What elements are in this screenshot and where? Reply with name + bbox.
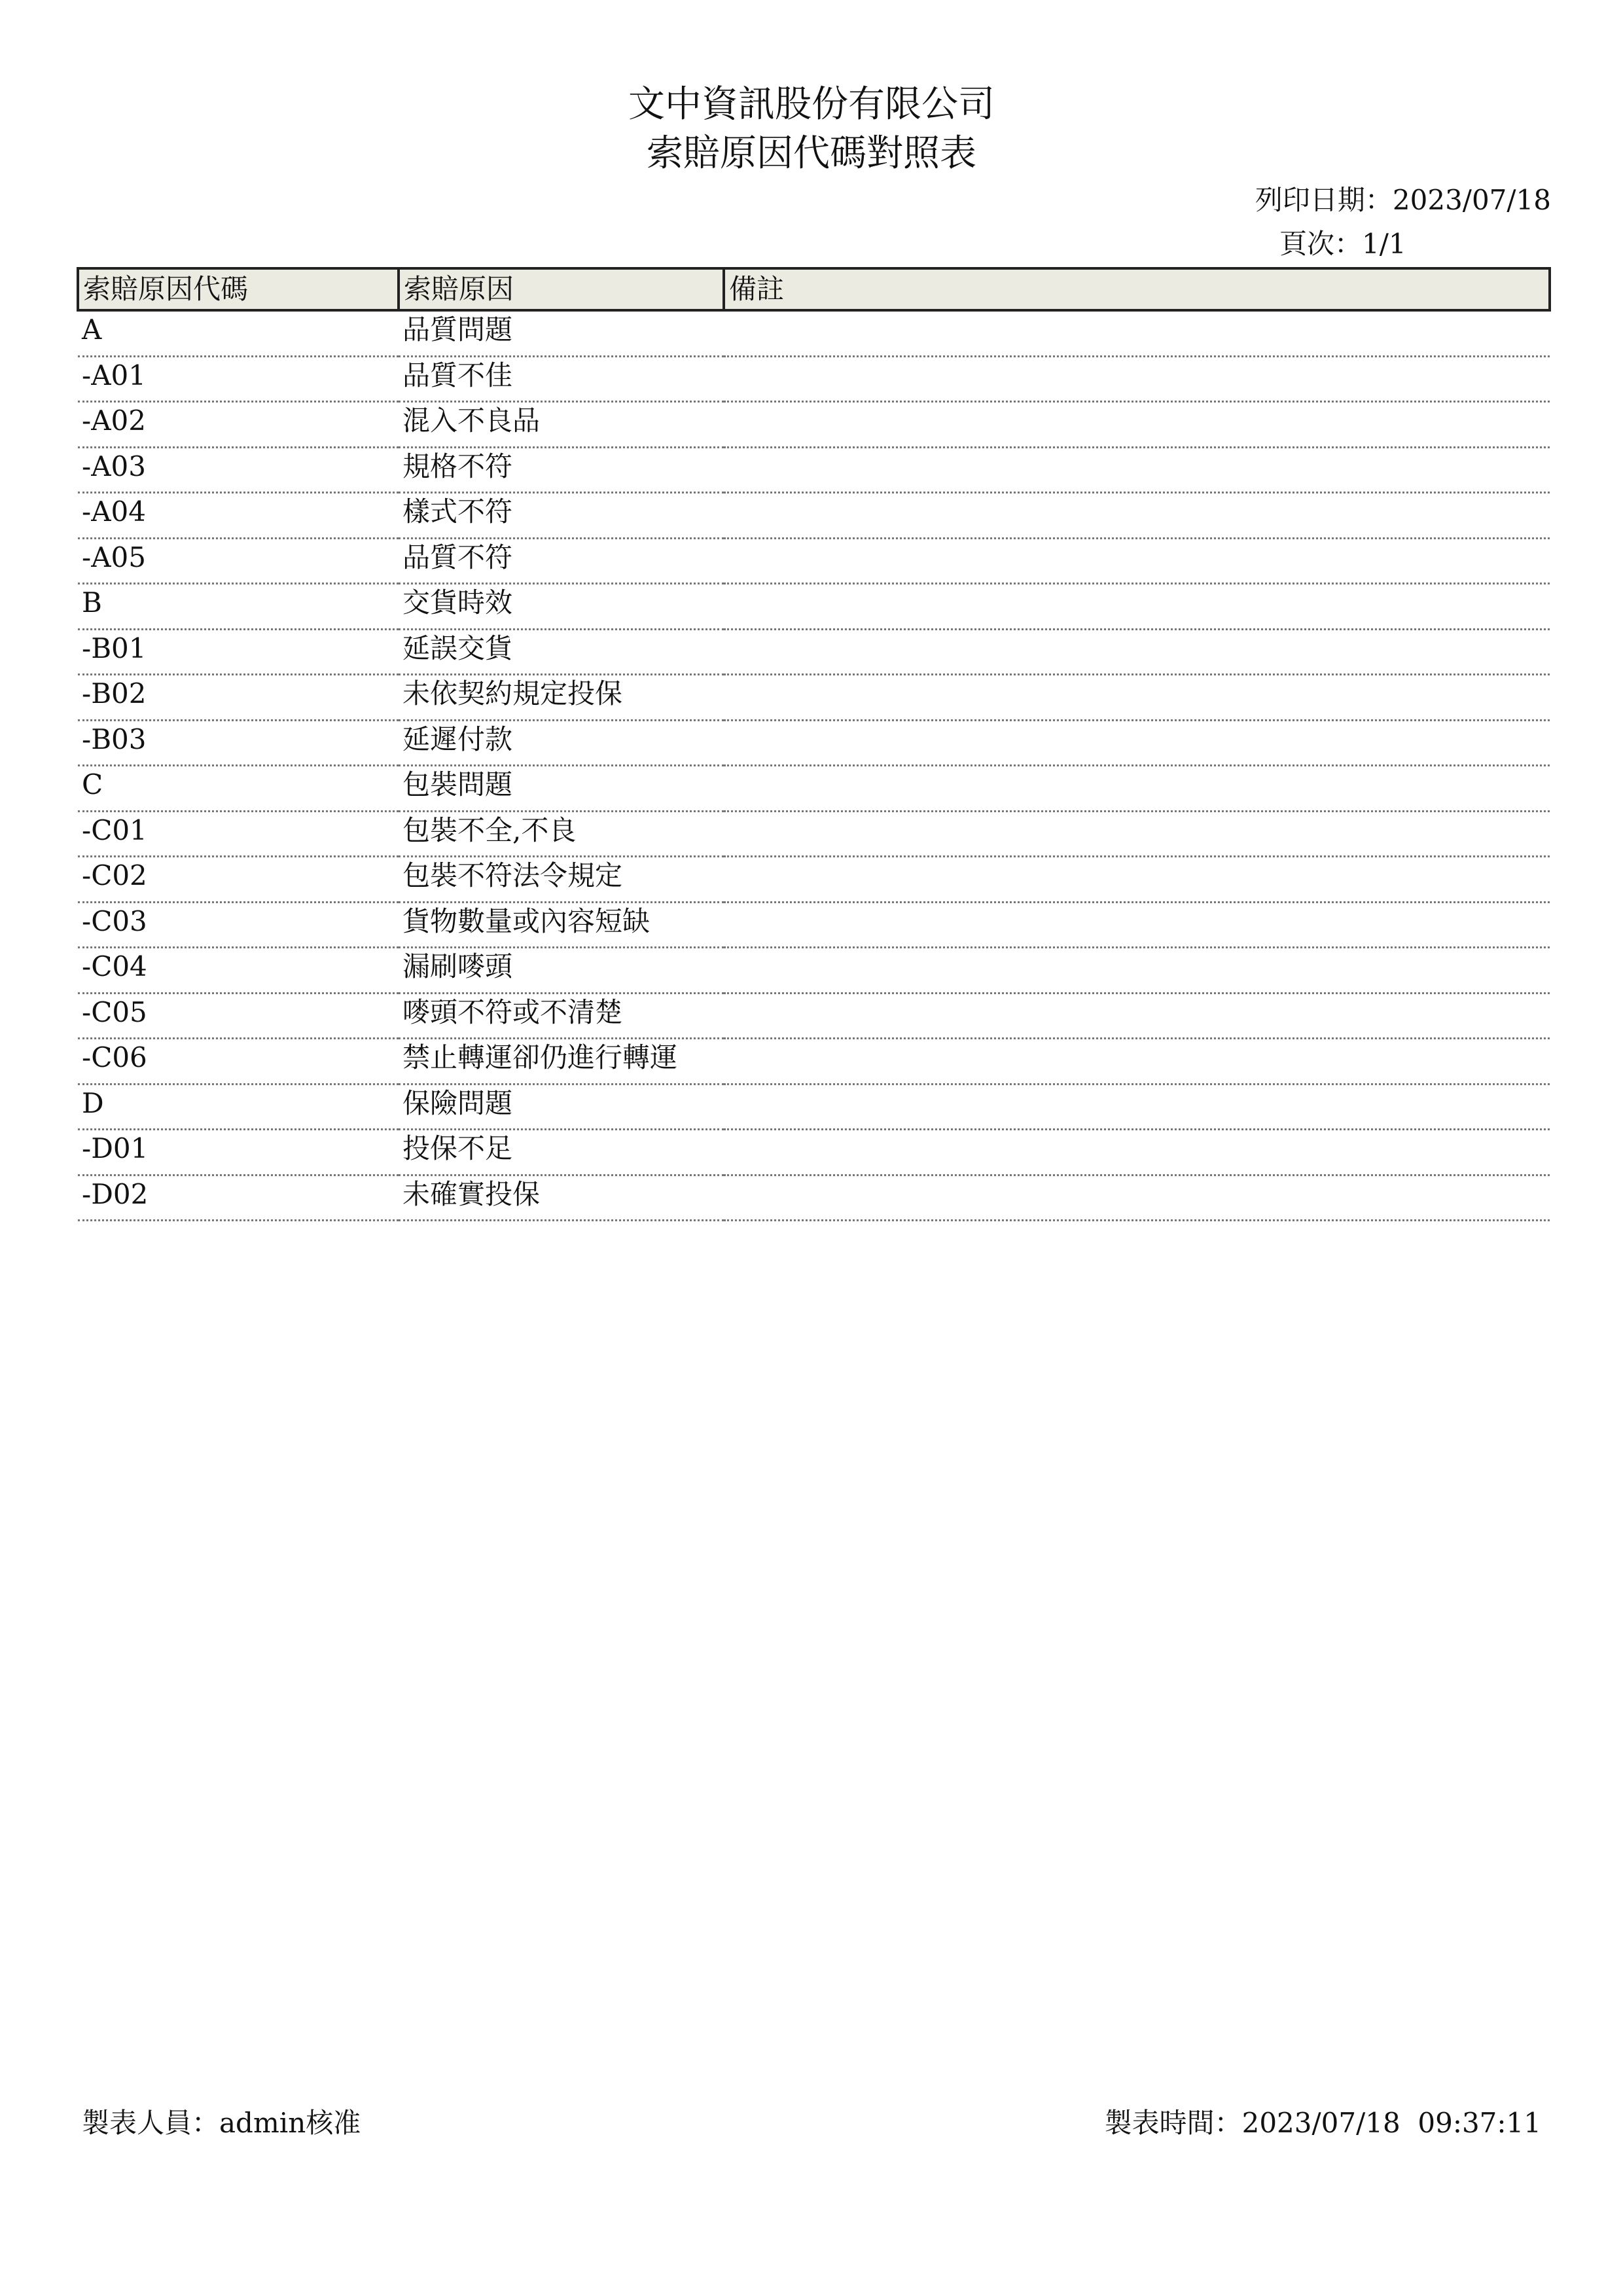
table-row: -B01延誤交貨 [78, 629, 1550, 675]
cell-code: -C06 [78, 1039, 399, 1085]
cell-note [724, 1084, 1550, 1130]
table-row: -B02未依契約規定投保 [78, 675, 1550, 721]
cell-reason: 包裝不全,不良 [399, 811, 724, 857]
cell-note [724, 1039, 1550, 1085]
approve-label: 核准 [306, 2107, 361, 2139]
cell-note [724, 402, 1550, 448]
table-row: -C02包裝不符法令規定 [78, 857, 1550, 903]
cell-code: -C03 [78, 902, 399, 948]
cell-note [724, 1175, 1550, 1221]
cell-reason: 嘜頭不符或不清楚 [399, 993, 724, 1039]
cell-reason: 交貨時效 [399, 584, 724, 630]
table-row: D保險問題 [78, 1084, 1550, 1130]
print-date-value: 2023/07/18 [1393, 184, 1551, 216]
cell-code: -C01 [78, 811, 399, 857]
cell-note [724, 493, 1550, 539]
company-name: 文中資訊股份有限公司 [0, 82, 1623, 128]
cell-note [724, 356, 1550, 402]
cell-reason: 延遲付款 [399, 720, 724, 766]
page-value: 1/1 [1362, 228, 1406, 260]
cell-code: -D02 [78, 1175, 399, 1221]
cell-note [724, 675, 1550, 721]
cell-code: A [78, 310, 399, 356]
table-row: B交貨時效 [78, 584, 1550, 630]
cell-reason: 品質不符 [399, 538, 724, 584]
cell-reason: 漏刷嘜頭 [399, 948, 724, 994]
preparer-info: 製表人員：admin核准 [82, 2105, 361, 2142]
cell-code: D [78, 1084, 399, 1130]
column-header-reason: 索賠原因 [399, 268, 724, 310]
cell-note [724, 629, 1550, 675]
cell-note [724, 310, 1550, 356]
cell-note [724, 720, 1550, 766]
cell-reason: 延誤交貨 [399, 629, 724, 675]
table-row: -B03延遲付款 [78, 720, 1550, 766]
preparer-name: admin [219, 2107, 306, 2139]
cell-reason: 品質不佳 [399, 356, 724, 402]
cell-code: -C02 [78, 857, 399, 903]
cell-code: -A01 [78, 356, 399, 402]
cell-note [724, 447, 1550, 493]
table-row: A品質問題 [78, 310, 1550, 356]
cell-code: -A04 [78, 493, 399, 539]
cell-code: -B01 [78, 629, 399, 675]
cell-reason: 保險問題 [399, 1084, 724, 1130]
cell-code: -C05 [78, 993, 399, 1039]
cell-note [724, 857, 1550, 903]
cell-code: -B03 [78, 720, 399, 766]
table-row: C包裝問題 [78, 766, 1550, 812]
cell-reason: 樣式不符 [399, 493, 724, 539]
table-row: -A02混入不良品 [78, 402, 1550, 448]
cell-code: -C04 [78, 948, 399, 994]
table-header-row: 索賠原因代碼 索賠原因 備註 [78, 268, 1550, 310]
cell-code: -A02 [78, 402, 399, 448]
cell-note [724, 948, 1550, 994]
cell-note [724, 902, 1550, 948]
report-title: 索賠原因代碼對照表 [0, 131, 1623, 177]
cell-code: B [78, 584, 399, 630]
cell-code: -A03 [78, 447, 399, 493]
cell-note [724, 811, 1550, 857]
table-row: -C06禁止轉運卻仍進行轉運 [78, 1039, 1550, 1085]
claim-reason-table: 索賠原因代碼 索賠原因 備註 A品質問題-A01品質不佳-A02混入不良品-A0… [77, 267, 1551, 1221]
cell-reason: 貨物數量或內容短缺 [399, 902, 724, 948]
cell-reason: 未確實投保 [399, 1175, 724, 1221]
cell-code: C [78, 766, 399, 812]
table-row: -C03貨物數量或內容短缺 [78, 902, 1550, 948]
cell-reason: 包裝不符法令規定 [399, 857, 724, 903]
cell-reason: 品質問題 [399, 310, 724, 356]
cell-note [724, 584, 1550, 630]
cell-code: -B02 [78, 675, 399, 721]
preparer-label: 製表人員： [82, 2107, 219, 2139]
cell-note [724, 538, 1550, 584]
table-row: -A01品質不佳 [78, 356, 1550, 402]
cell-reason: 包裝問題 [399, 766, 724, 812]
prepared-time: 製表時間：2023/07/18 09:37:11 [1105, 2105, 1541, 2142]
table-row: -C04漏刷嘜頭 [78, 948, 1550, 994]
cell-reason: 禁止轉運卻仍進行轉運 [399, 1039, 724, 1085]
prepared-time-label: 製表時間： [1105, 2107, 1242, 2139]
page-label: 頁次： [1279, 228, 1362, 260]
table-row: -A03規格不符 [78, 447, 1550, 493]
cell-reason: 規格不符 [399, 447, 724, 493]
table-row: -D02未確實投保 [78, 1175, 1550, 1221]
table-row: -A05品質不符 [78, 538, 1550, 584]
print-date: 列印日期：2023/07/18 [1255, 182, 1551, 219]
cell-reason: 混入不良品 [399, 402, 724, 448]
cell-reason: 未依契約規定投保 [399, 675, 724, 721]
page-number: 頁次：1/1 [1279, 226, 1406, 262]
table-row: -C01包裝不全,不良 [78, 811, 1550, 857]
column-header-note: 備註 [724, 268, 1550, 310]
table-row: -C05嘜頭不符或不清楚 [78, 993, 1550, 1039]
cell-note [724, 1130, 1550, 1175]
prepared-time-value: 2023/07/18 09:37:11 [1242, 2107, 1541, 2139]
table-row: -D01投保不足 [78, 1130, 1550, 1175]
cell-code: -A05 [78, 538, 399, 584]
cell-note [724, 766, 1550, 812]
print-date-label: 列印日期： [1255, 184, 1393, 216]
column-header-code: 索賠原因代碼 [78, 268, 399, 310]
cell-note [724, 993, 1550, 1039]
table-row: -A04樣式不符 [78, 493, 1550, 539]
cell-reason: 投保不足 [399, 1130, 724, 1175]
cell-code: -D01 [78, 1130, 399, 1175]
